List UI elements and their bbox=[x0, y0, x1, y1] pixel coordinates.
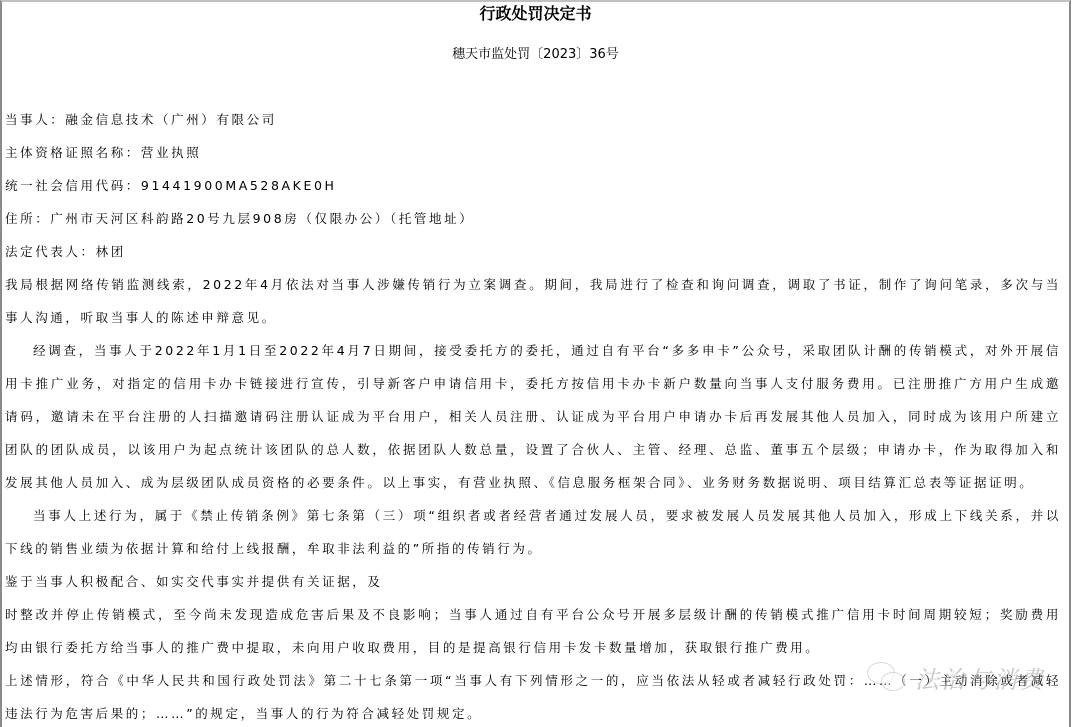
paragraph-cooperation: 鉴于当事人积极配合、如实交代事实并提供有关证据，及 bbox=[5, 565, 1061, 598]
paragraph-investigation-start: 我局根据网络传销监测线索，2022年4月依法对当事人涉嫌传销行为立案调查。期间，… bbox=[5, 268, 1061, 334]
document-title: 行政处罚决定书 bbox=[2, 4, 1069, 24]
legal-representative: 法定代表人：林团 bbox=[5, 235, 1061, 268]
document-page: 行政处罚决定书 穗天市监处罚〔2023〕36号 当事人：融金信息技术（广州）有限… bbox=[0, 0, 1071, 727]
paragraph-penalty-reduction: 上述情形，符合《中华人民共和国行政处罚法》第二十七条第一项“当事人有下列情形之一… bbox=[5, 664, 1061, 727]
document-number: 穗天市监处罚〔2023〕36号 bbox=[2, 46, 1069, 64]
party-name: 当事人：融金信息技术（广州）有限公司 bbox=[5, 103, 1061, 136]
license-type: 主体资格证照名称：营业执照 bbox=[5, 136, 1061, 169]
paragraph-mitigation: 时整改并停止传销模式，至今尚未发现造成危害后果及不良影响；当事人通过自有平台公众… bbox=[5, 598, 1061, 664]
document-body: 当事人：融金信息技术（广州）有限公司 主体资格证照名称：营业执照 统一社会信用代… bbox=[5, 103, 1061, 727]
address: 住所：广州市天河区科韵路20号九层908房（仅限办公）（托管地址） bbox=[5, 202, 1061, 235]
credit-code: 统一社会信用代码：91441900MA528AKE0H bbox=[5, 169, 1061, 202]
paragraph-legal-basis: 当事人上述行为，属于《禁止传销条例》第七条第（三）项“组织者或者经营者通过发展人… bbox=[5, 499, 1061, 565]
paragraph-findings: 经调查，当事人于2022年1月1日至2022年4月7日期间，接受委托方的委托，通… bbox=[5, 334, 1061, 499]
